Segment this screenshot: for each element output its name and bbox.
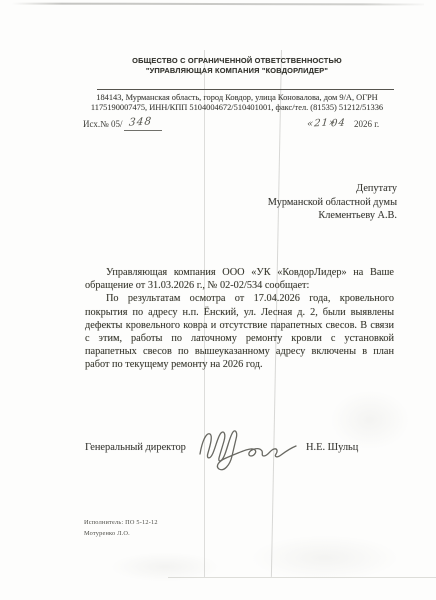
scanned-letter-page: ОБЩЕСТВО С ОГРАНИЧЕННОЙ ОТВЕТСТВЕННОСТЬЮ…: [0, 0, 436, 600]
scan-blotch: [330, 390, 410, 450]
signer-name: Н.Е. Шульц: [306, 442, 358, 453]
executor-phone-line: Исполнитель: ПО 5-12-12: [84, 517, 158, 528]
outgoing-number-handwritten: 348: [128, 115, 152, 128]
letter-body: Управляющая компания ООО «УК «КовдорЛиде…: [85, 266, 394, 372]
recipient-organization: Мурманской областной думы: [268, 196, 397, 210]
signer-position: Генеральный директор: [85, 442, 186, 453]
outgoing-number-label: Исх.№ 05/: [83, 119, 122, 129]
recipient-name: Клементьеву А.В.: [268, 209, 397, 223]
executor-name-line: Мотуренко Л.О.: [84, 528, 158, 539]
handwritten-signature: [192, 420, 304, 472]
date-year: 2026 г.: [354, 119, 379, 129]
outgoing-number-underline: [124, 130, 162, 131]
org-address-line1: 184143, Мурманская область, город Ковдор…: [55, 93, 419, 102]
letterhead-divider: [97, 89, 394, 90]
executor-block: Исполнитель: ПО 5-12-12 Мотуренко Л.О.: [84, 517, 158, 539]
body-paragraph-2: По результатам осмотра от 17.04.2026 год…: [85, 292, 394, 371]
recipient-block: Депутату Мурманской областной думы Клеме…: [268, 182, 397, 223]
scan-bottom-edge-line: [168, 577, 436, 578]
scan-top-edge-line: [12, 3, 424, 5]
body-paragraph-1: Управляющая компания ООО «УК «КовдорЛиде…: [85, 266, 394, 292]
org-address-line2: 1175190007475, ИНН/КПП 5104004672/510401…: [55, 103, 419, 112]
org-name-line1: ОБЩЕСТВО С ОГРАНИЧЕННОЙ ОТВЕТСТВЕННОСТЬЮ: [60, 56, 414, 65]
date-month-handwritten: 04: [330, 118, 346, 130]
org-name-line2: "УПРАВЛЯЮЩАЯ КОМПАНИЯ "КОВДОРЛИДЕР": [60, 66, 414, 75]
recipient-title: Депутату: [268, 182, 397, 196]
